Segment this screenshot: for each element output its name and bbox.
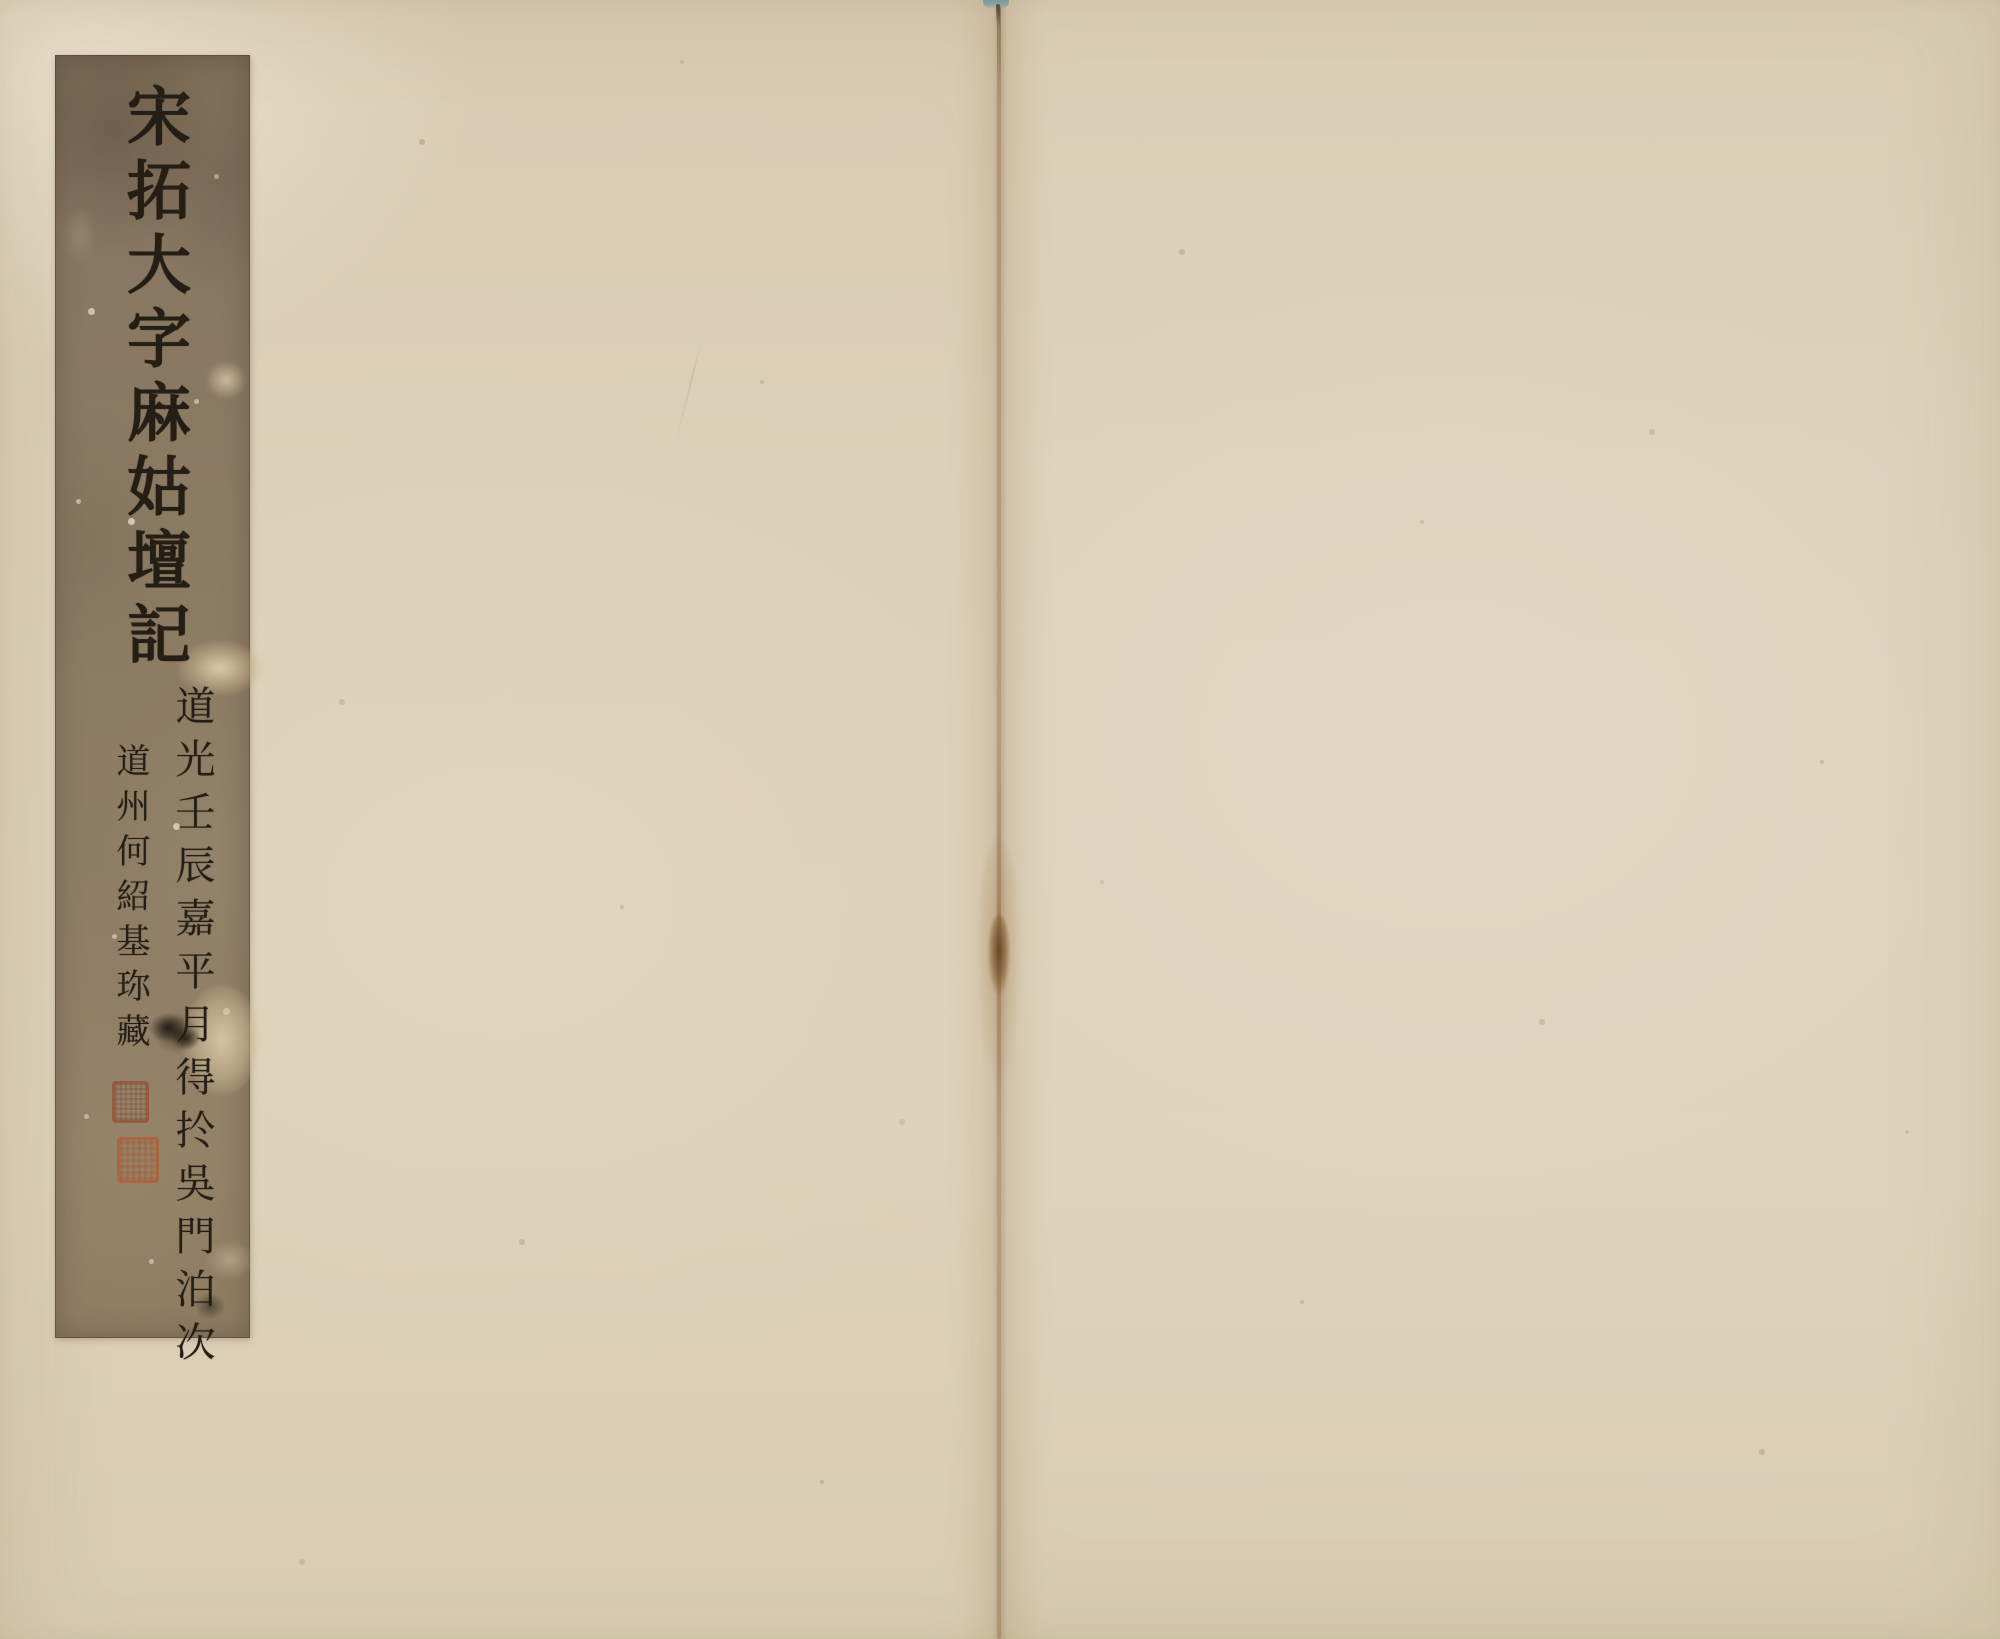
collector-seal-upper bbox=[112, 1081, 149, 1123]
album-page-right bbox=[1000, 0, 2000, 1639]
collector-seal-lower bbox=[117, 1137, 159, 1183]
title-slip: 宋拓大字麻姑壇記 道光壬辰嘉平月得扵吳門泊次 道州何紹基珎藏 bbox=[55, 55, 250, 1338]
center-fold-crease bbox=[997, 0, 1001, 1639]
worn-patch bbox=[205, 360, 247, 400]
paper-fiber-specks bbox=[0, 0, 4, 4]
album-photo: 宋拓大字麻姑壇記 道光壬辰嘉平月得扵吳門泊次 道州何紹基珎藏 bbox=[0, 0, 2000, 1639]
ink-blot-small bbox=[195, 1293, 225, 1319]
slip-specks bbox=[55, 55, 58, 58]
ink-blot bbox=[148, 1007, 206, 1059]
worn-patch bbox=[63, 205, 97, 265]
fold-top-notch bbox=[996, 4, 1000, 26]
slip-title-calligraphy: 宋拓大字麻姑壇記 bbox=[107, 83, 199, 675]
fold-stain bbox=[988, 915, 1010, 995]
slip-inscription-collector-column: 道州何紹基珎藏 bbox=[103, 743, 157, 1058]
